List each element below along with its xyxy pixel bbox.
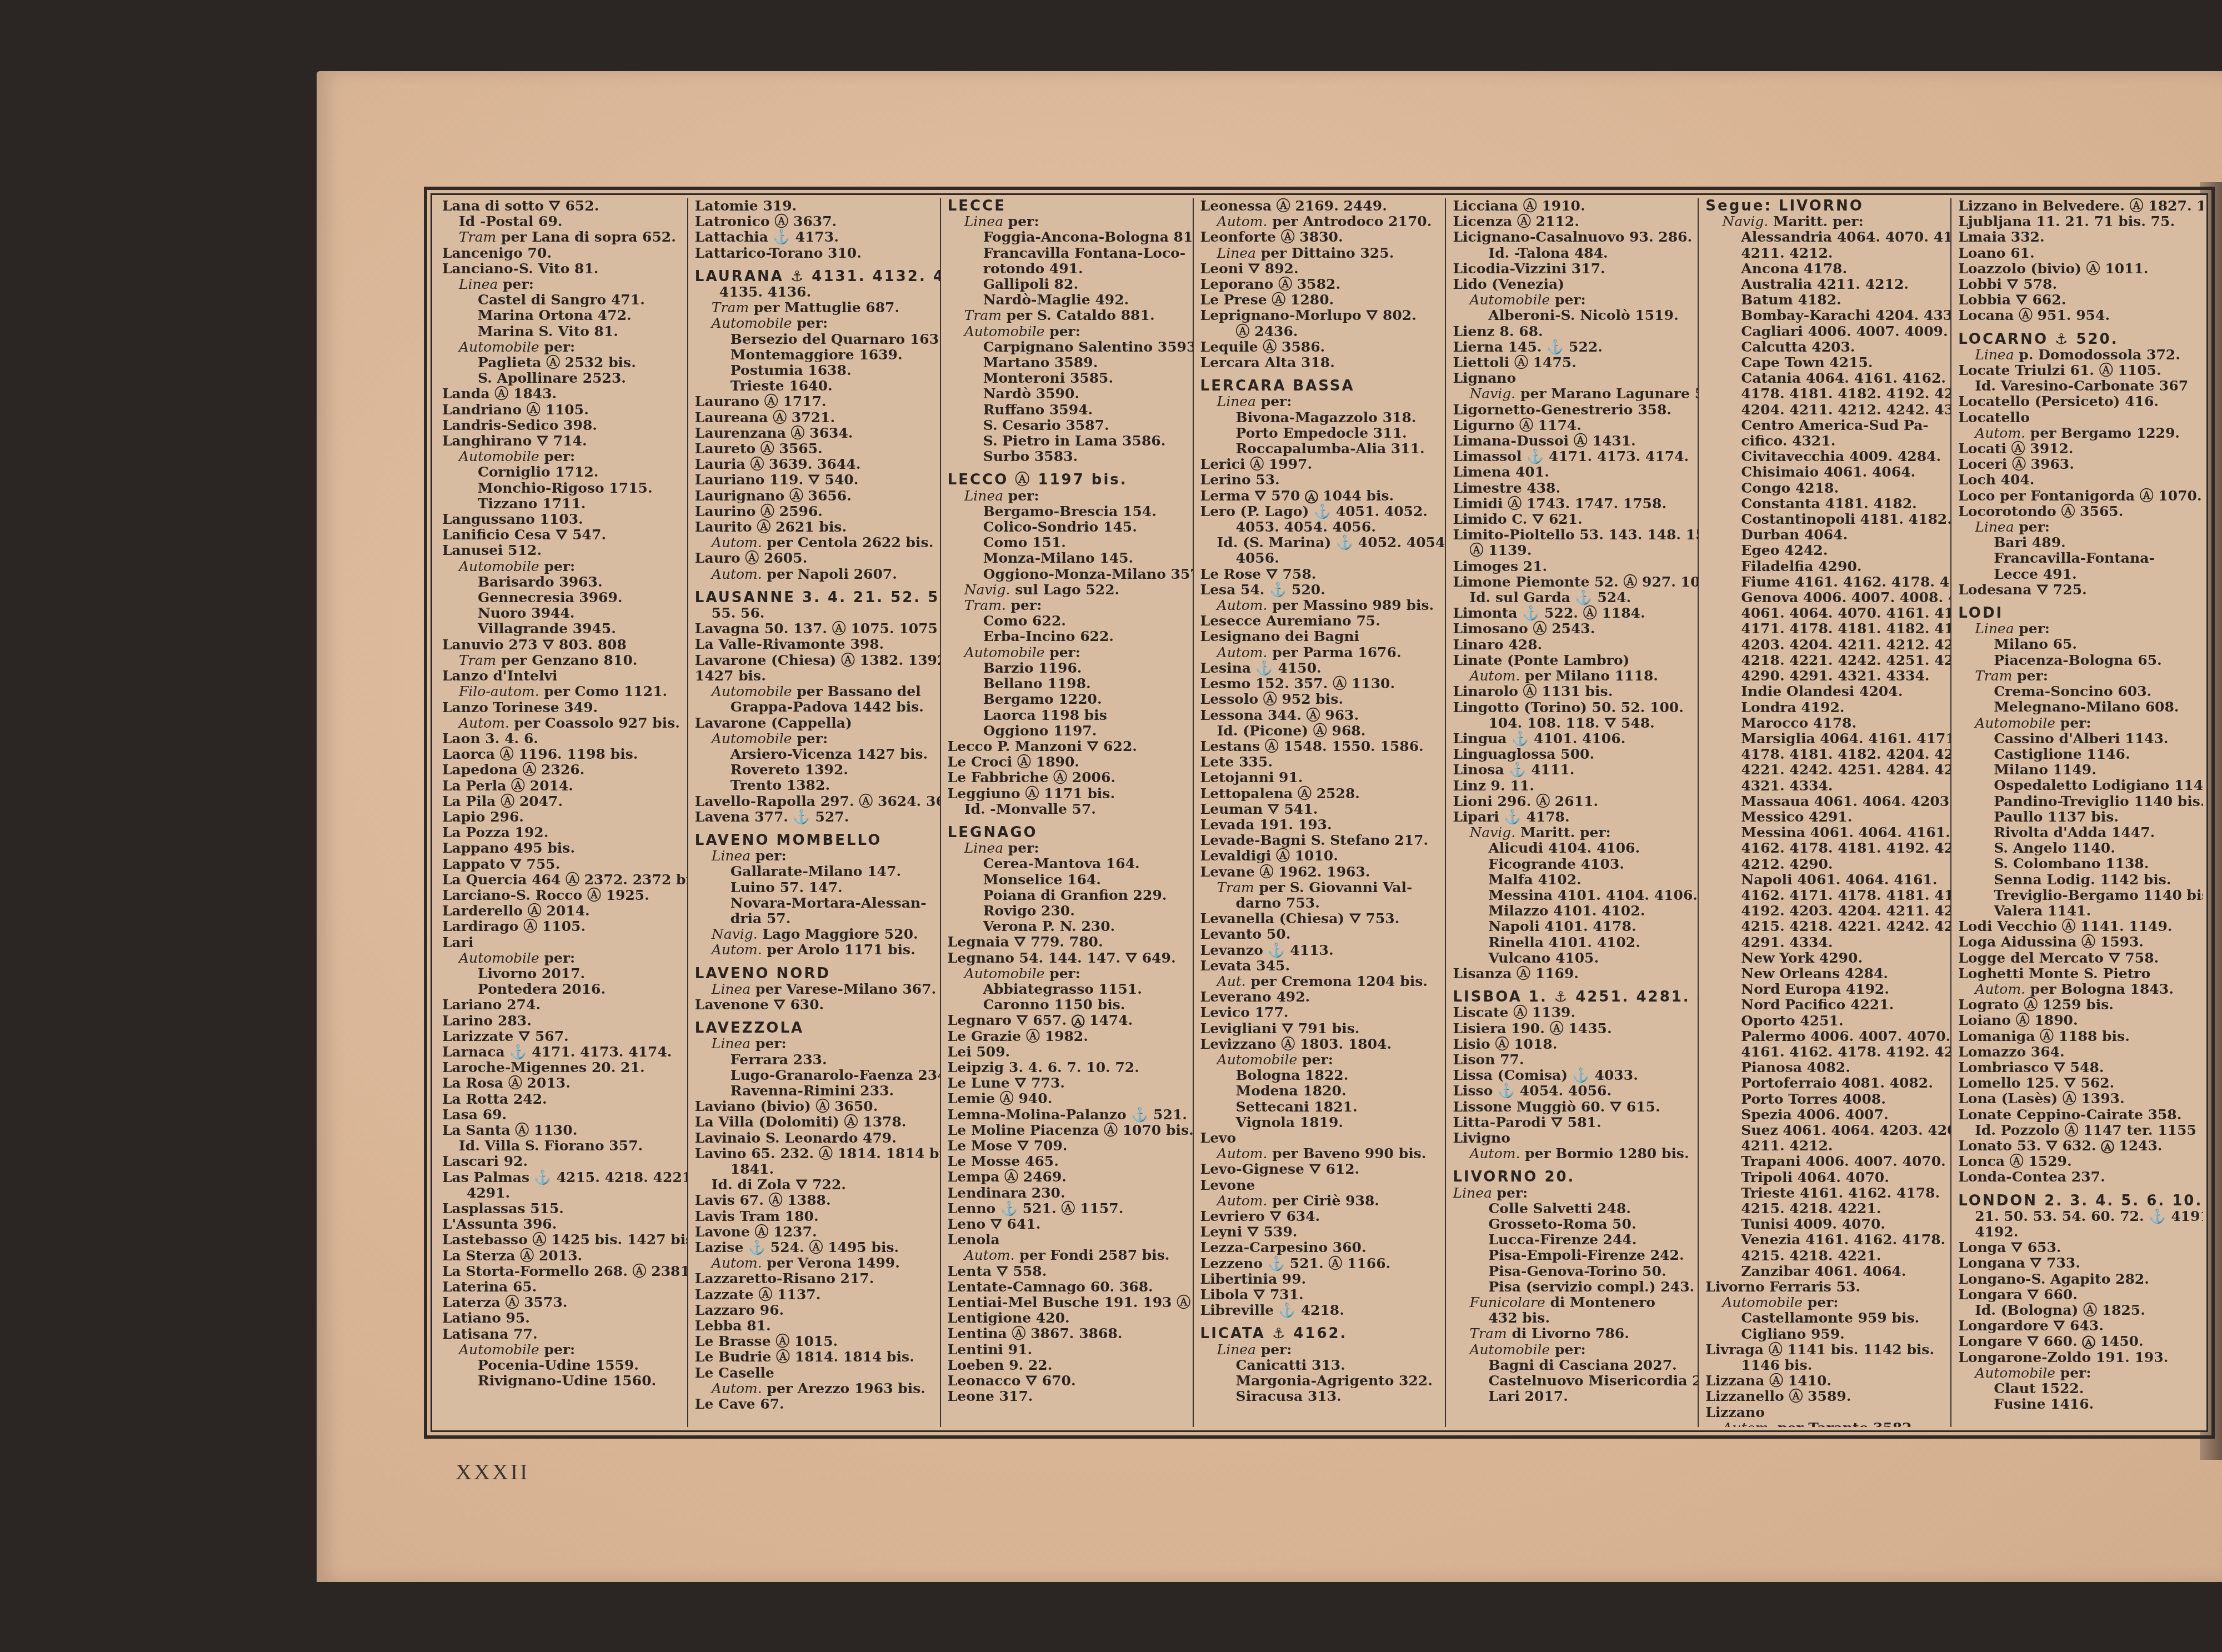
index-entry: Surbo 3583. [948, 449, 1188, 464]
index-entry: Pocenia-Udine 1559. [442, 1358, 683, 1373]
index-column-7: Lizzano in Belvedere. Ⓐ 1827. 1839Ljublj… [1951, 198, 2203, 1427]
index-entry: Autom. per Bergamo 1229. [1958, 425, 2199, 441]
index-entry: Le Croci Ⓐ 1890. [948, 754, 1188, 770]
index-entry: Ficogrande 4103. [1453, 857, 1693, 872]
index-entry: Lioni 296. Ⓐ 2611. [1453, 794, 1693, 809]
index-entry: Le Brasse Ⓐ 1015. [695, 1334, 935, 1349]
index-entry: Lisso ⚓ 4054. 4056. [1453, 1083, 1693, 1099]
index-entry: Lonate Ceppino-Cairate 358. [1958, 1107, 2199, 1123]
index-entry: Automobile per: [948, 324, 1188, 339]
index-entry: Foggia-Ancona-Bologna 81. [948, 229, 1188, 245]
index-entry: Liscate Ⓐ 1139. [1453, 1005, 1693, 1020]
index-entry: Lero (P. Lago) ⚓ 4051. 4052. [1200, 504, 1441, 519]
index-heading: LISBOA 1. ⚓ 4251. 4281. 4287. [1453, 989, 1693, 1005]
index-entry: Leprignano-Morlupo ⛛ 802. [1200, 308, 1441, 323]
index-entry: Autom. per Bormio 1280 bis. [1453, 1146, 1693, 1162]
index-entry: Levone [1200, 1178, 1441, 1193]
index-entry: Automobile per: [1453, 292, 1693, 308]
index-entry: Gallarate-Milano 147. [695, 864, 935, 879]
index-entry: Le Grazie Ⓐ 1982. [948, 1029, 1188, 1044]
index-entry: Lignano [1453, 371, 1693, 386]
index-entry: Barisardo 3963. [442, 574, 683, 590]
index-entry: 4211. 4212. [1705, 1138, 1946, 1154]
index-entry: Suez 4061. 4064. 4203. 4204. [1705, 1123, 1946, 1138]
index-entry: 55. 56. [695, 605, 935, 621]
index-entry: Monza-Milano 145. [948, 550, 1188, 566]
index-entry: Linea per: [948, 488, 1188, 504]
index-entry: Leonessa Ⓐ 2169. 2449. [1200, 198, 1441, 214]
index-entry: Ancona 4178. [1705, 261, 1946, 277]
index-entry: Longara ⛛ 660. [1958, 1287, 2199, 1303]
index-entry: Pianosa 4082. [1705, 1060, 1946, 1075]
index-entry: Napoli 4101. 4178. [1453, 919, 1693, 934]
index-entry: Bergamo-Brescia 154. [948, 504, 1188, 519]
index-entry: Poiana di Granfion 229. [948, 888, 1188, 903]
index-entry: Palermo 4006. 4007. 4070. [1705, 1029, 1946, 1044]
index-entry: 4161. 4162. 4178. 4192. 4290. [1705, 1044, 1946, 1060]
index-entry: Levanto 50. [1200, 927, 1441, 942]
index-entry: Lizzana Ⓐ 1410. [1705, 1373, 1946, 1389]
index-entry: 4053. 4054. 4056. [1200, 519, 1441, 535]
index-entry: Lizzanello Ⓐ 3589. [1705, 1389, 1946, 1404]
index-entry: Automobile per: [442, 339, 683, 355]
index-entry: Libertinia 99. [1200, 1271, 1441, 1287]
index-entry: Landriano Ⓐ 1105. [442, 402, 683, 418]
index-entry: Id. (Picone) Ⓐ 968. [1200, 723, 1441, 739]
index-entry: Abbiategrasso 1151. [948, 982, 1188, 997]
index-entry: Oggiono-Monza-Milano 357 [948, 567, 1188, 582]
index-entry: Automobile per: [442, 1342, 683, 1358]
index-entry: Laterina 65. [442, 1279, 683, 1295]
index-entry: Linea per: [948, 214, 1188, 229]
index-entry: Lavagna 50. 137. Ⓐ 1075. 1075 te. [695, 621, 935, 637]
index-entry: Lempa Ⓐ 2469. [948, 1169, 1188, 1185]
index-entry: La Storta-Formello 268. Ⓐ 2381. [442, 1264, 683, 1279]
index-entry: Lombriasco ⛛ 548. [1958, 1060, 2199, 1075]
index-entry: Bagni di Casciana 2027. [1453, 1358, 1693, 1373]
index-entry: Francavilla-Fontana- [1958, 550, 2199, 566]
index-entry: Latisana 77. [442, 1326, 683, 1342]
index-entry: Legnaro ⛛ 657. Ⓐ 1474. [948, 1013, 1188, 1028]
index-entry: Autom. per Bologna 1843. [1958, 982, 2199, 997]
index-entry: La Santa Ⓐ 1130. [442, 1123, 683, 1138]
index-entry: Arsiero-Vicenza 1427 bis. [695, 747, 935, 762]
index-entry: La Quercia 464 Ⓐ 2372. 2372 bis [442, 872, 683, 888]
index-entry: Autom. per Massino 989 bis. [1200, 598, 1441, 613]
page-number: XXXII [456, 1459, 529, 1485]
index-entry: Latiano 95. [442, 1310, 683, 1326]
index-entry: Laureana Ⓐ 3721. [695, 410, 935, 425]
index-entry: Novara-Mortara-Alessan- [695, 895, 935, 911]
index-entry: Lizzano [1705, 1405, 1946, 1420]
index-entry: Ligornetto-Genestrerio 358. [1453, 402, 1693, 418]
index-entry: Fiume 4161. 4162. 4178. 4215 [1705, 574, 1946, 590]
index-entry: Lentina Ⓐ 3867. 3868. [948, 1326, 1188, 1341]
index-entry: Automobile per: [442, 449, 683, 464]
index-entry: Lari [442, 935, 683, 950]
index-entry: Filadelfia 4290. [1705, 559, 1946, 574]
index-entry: Loeben 9. 22. [948, 1358, 1188, 1373]
index-entry: Milano 65. [1958, 637, 2199, 652]
index-entry: Lazzate Ⓐ 1137. [695, 1287, 935, 1303]
index-entry: Lappano 495 bis. [442, 840, 683, 856]
index-entry: Longa ⛛ 653. [1958, 1240, 2199, 1255]
index-entry: Automobile per: [442, 559, 683, 574]
index-column-4: Leonessa Ⓐ 2169. 2449.Autom. per Antrodo… [1194, 198, 1447, 1427]
index-entry: Porto Empedocle 311. [1200, 425, 1441, 441]
book-page: Lana di sotto ⛛ 652.Id -Postal 69.Tram p… [317, 71, 2222, 1582]
index-entry: Linea per: [1958, 519, 2199, 535]
index-entry: Limidi Ⓐ 1743. 1747. 1758. [1453, 496, 1693, 512]
index-entry: Batum 4182. [1705, 292, 1946, 308]
index-entry: Loco per Fontanigorda Ⓐ 1070. [1958, 488, 2199, 504]
index-entry: Fusine 1416. [1958, 1396, 2199, 1412]
index-entry: Licignano-Casalnuovo 93. 286. [1453, 229, 1693, 245]
index-entry: Trieste 1640. [695, 378, 935, 394]
index-heading: LECCE [948, 198, 1188, 214]
index-entry: Lobbi ⛛ 578. [1958, 277, 2199, 292]
index-entry: Tram per Genzano 810. [442, 653, 683, 668]
index-entry: Lardirago Ⓐ 1105. [442, 919, 683, 934]
index-entry: Lendinara 230. [948, 1185, 1188, 1201]
index-entry: Tram per S. Cataldo 881. [948, 308, 1188, 323]
index-entry: Le Moline Piacenza Ⓐ 1070 bis. [948, 1123, 1188, 1138]
index-entry: Lesina ⚓ 4150. [1200, 660, 1441, 676]
index-entry: New Orleans 4284. [1705, 966, 1946, 982]
index-entry: Id. sul Garda ⚓ 524. [1453, 590, 1693, 605]
index-entry: Linea per: [1200, 394, 1441, 409]
index-entry: Larizzate ⛛ 567. [442, 1029, 683, 1044]
index-entry: Langhirano ⛛ 714. [442, 433, 683, 449]
index-entry: Durban 4064. [1705, 527, 1946, 543]
index-entry: Le Rose ⛛ 758. [1200, 567, 1441, 582]
index-entry: Lequile Ⓐ 3586. [1200, 339, 1441, 355]
index-entry: Le Budrie Ⓐ 1814. 1814 bis. [695, 1349, 935, 1365]
index-entry: Levico 177. [1200, 1005, 1441, 1020]
index-entry: Lasa 69. [442, 1107, 683, 1123]
index-entry: Tram per S. Giovanni Val- [1200, 880, 1441, 895]
index-entry: Londra 4192. [1705, 700, 1946, 715]
index-entry: Marina Ortona 472. [442, 308, 683, 323]
index-entry: Levriero ⛛ 634. [1200, 1209, 1441, 1224]
index-entry: Locati Ⓐ 3912. [1958, 441, 2199, 457]
index-entry: Lanuvio 273 ⛛ 803. 808 [442, 637, 683, 653]
index-entry: Ⓐ 2436. [1200, 324, 1441, 339]
index-entry: Le Lune ⛛ 773. [948, 1075, 1188, 1091]
index-entry: 4212. 4290. [1705, 857, 1946, 872]
index-entry: Autom. per Arezzo 1963 bis. [695, 1381, 935, 1396]
index-entry: 4291. [442, 1185, 683, 1201]
index-entry: Rinella 4101. 4102. [1453, 935, 1693, 950]
index-entry: Monchio-Rigoso 1715. [442, 480, 683, 496]
index-heading: LECCO Ⓐ 1197 bis. [948, 472, 1188, 488]
index-entry: Lebba 81. [695, 1318, 935, 1334]
index-entry: Autom. per Milano 1118. [1453, 668, 1693, 684]
index-entry: Id. -Monvalle 57. [948, 802, 1188, 817]
index-entry: Lattarico-Torano 310. [695, 246, 935, 261]
index-entry: Limosano Ⓐ 2543. [1453, 621, 1693, 637]
index-entry: Villagrande 3945. [442, 621, 683, 637]
index-entry: Id. Villa S. Fiorano 357. [442, 1138, 683, 1154]
index-entry: Navig. Maritt. per: [1705, 214, 1946, 229]
index-entry: Lecce 491. [1958, 567, 2199, 582]
index-entry: 4204. 4211. 4212. 4242. 4334. [1705, 402, 1946, 418]
index-entry: Liettoli Ⓐ 1475. [1453, 355, 1693, 371]
index-entry: Lentiai-Mel Busche 191. 193 Ⓐ 1431. [948, 1295, 1188, 1310]
index-entry: Autom. per Verona 1499. [695, 1255, 935, 1271]
index-entry: Oporto 4251. [1705, 1013, 1946, 1029]
index-entry: Rivolta d'Adda 1447. [1958, 825, 2199, 840]
index-entry: Lercara Alta 318. [1200, 355, 1441, 371]
index-entry: Longano-S. Agapito 282. [1958, 1271, 2199, 1287]
index-entry: Lesmo 152. 357. Ⓐ 1130. [1200, 676, 1441, 692]
index-entry: Tunisi 4009. 4070. [1705, 1217, 1946, 1232]
index-entry: Lana di sotto ⛛ 652. [442, 198, 683, 214]
index-entry: Lonato 53. ⛛ 632. Ⓐ 1243. [1958, 1138, 2199, 1154]
index-entry: Costantinopoli 4181. 4182. [1705, 512, 1946, 527]
index-entry: Autom. per Fondi 2587 bis. [948, 1248, 1188, 1263]
index-entry: Messina 4061. 4064. 4161. [1705, 825, 1946, 840]
index-entry: Livraga Ⓐ 1141 bis. 1142 bis. [1705, 1342, 1946, 1358]
index-entry: Automobile per: [1200, 1052, 1441, 1068]
index-entry: Latronico Ⓐ 3637. [695, 214, 935, 229]
index-entry: Leonacco ⛛ 670. [948, 1373, 1188, 1389]
index-entry: Levanzo ⚓ 4113. [1200, 943, 1441, 958]
index-entry: Leoni ⛛ 892. [1200, 261, 1441, 277]
index-entry: Linea per: [1453, 1185, 1693, 1201]
index-entry: Autom. per Taranto 3582. [1705, 1420, 1946, 1427]
index-entry: Nord Europa 4192. [1705, 982, 1946, 997]
index-heading: LEGNAGO [948, 825, 1188, 840]
index-entry: Limone Piemonte 52. Ⓐ 927. 1019. [1453, 574, 1693, 590]
index-entry: Siracusa 313. [1200, 1389, 1441, 1404]
index-entry: Ferrara 233. [695, 1052, 935, 1068]
index-entry: Margonia-Agrigento 322. [1200, 1373, 1441, 1389]
index-entry: Rovigo 230. [948, 903, 1188, 919]
index-entry: Milazzo 4101. 4102. [1453, 903, 1693, 919]
index-entry: Larderello Ⓐ 2014. [442, 903, 683, 919]
index-entry: Automobile per: [1705, 1295, 1946, 1310]
index-entry: Id. di Zola ⛛ 722. [695, 1177, 935, 1193]
index-entry: Leverano 492. [1200, 989, 1441, 1005]
index-entry: Colico-Sondrio 145. [948, 519, 1188, 535]
index-entry: Automobile per: [695, 316, 935, 331]
index-entry: Lavinaio S. Leonardo 479. [695, 1130, 935, 1146]
index-entry: Caronno 1150 bis. [948, 997, 1188, 1013]
index-entry: 1841. [695, 1162, 935, 1177]
index-entry: Laorca 1198 bis [948, 708, 1188, 723]
index-entry: Navig. sul Lago 522. [948, 582, 1188, 598]
index-entry: Leggiuno Ⓐ 1171 bis. [948, 786, 1188, 802]
index-entry: Luino 57. 147. [695, 880, 935, 895]
index-entry: Longana ⛛ 733. [1958, 1255, 2199, 1271]
index-entry: Como 622. [948, 613, 1188, 629]
index-entry: Messico 4291. [1705, 809, 1946, 825]
index-entry: Tram per Mattuglie 687. [695, 300, 935, 316]
index-entry: Carpignano Salentino 3593. [948, 339, 1188, 355]
index-entry: Alessandria 4064. 4070. 4171 [1705, 229, 1946, 245]
index-entry: Lemna-Molina-Palanzo ⚓ 521. [948, 1107, 1188, 1123]
index-entry: Limassol ⚓ 4171. 4173. 4174. [1453, 449, 1693, 464]
index-entry: Locorotondo Ⓐ 3565. [1958, 504, 2199, 519]
index-entry: La Perla Ⓐ 2014. [442, 778, 683, 794]
index-entry: Lograto Ⓐ 1259 bis. [1958, 997, 2199, 1013]
index-entry: Linosa ⚓ 4111. [1453, 762, 1693, 778]
index-entry: Marina S. Vito 81. [442, 324, 683, 339]
index-entry: Longardore ⛛ 643. [1958, 1318, 2199, 1334]
index-entry: Levata 345. [1200, 958, 1441, 974]
index-entry: Marocco 4178. [1705, 715, 1946, 731]
index-entry: Lingotto (Torino) 50. 52. 100. [1453, 700, 1693, 715]
index-entry: Livorno Ferraris 53. [1705, 1279, 1946, 1295]
index-entry: 4291. 4334. [1705, 935, 1946, 950]
index-entry: Bari 489. [1958, 535, 2199, 550]
index-entry: Le Mose ⛛ 709. [948, 1138, 1188, 1154]
index-entry: Lei 509. [948, 1044, 1188, 1060]
index-entry: La Valle-Rivamonte 398. [695, 637, 935, 652]
index-entry: Rivignano-Udine 1560. [442, 1373, 683, 1389]
index-entry: rotondo 491. [948, 261, 1188, 277]
index-entry: dria 57. [695, 911, 935, 927]
index-entry: Larciano-S. Rocco Ⓐ 1925. [442, 888, 683, 903]
index-entry: 4162. 4171. 4178. 4181. 4182. [1705, 888, 1946, 903]
index-entry: Levizzano Ⓐ 1803. 1804. [1200, 1037, 1441, 1052]
index-entry: Lancenigo 70. [442, 246, 683, 261]
index-entry: Longarone-Zoldo 191. 193. [1958, 1350, 2199, 1365]
index-entry: Le Cave 67. [695, 1396, 935, 1412]
index-entry: Landris-Sedico 398. [442, 418, 683, 433]
index-entry: Laorca Ⓐ 1196. 1198 bis. [442, 747, 683, 762]
index-entry: Porto Torres 4008. [1705, 1092, 1946, 1107]
index-entry: Tram per: [1958, 668, 2199, 684]
index-entry: Lisanza Ⓐ 1169. [1453, 966, 1693, 982]
index-entry: Settecani 1821. [1200, 1099, 1441, 1115]
index-entry: Laon 3. 4. 6. [442, 731, 683, 747]
index-entry: Cape Town 4215. [1705, 355, 1946, 371]
index-entry: 4061. 4064. 4070. 4161. 4162. [1705, 605, 1946, 621]
index-entry: Lezzeno ⚓ 521. Ⓐ 1166. [1200, 1256, 1441, 1271]
index-entry: Lierna 145. ⚓ 522. [1453, 339, 1693, 355]
index-column-2: Latomie 319.Latronico Ⓐ 3637.Lattachia ⚓… [688, 198, 941, 1427]
index-entry: 4215. 4218. 4221. [1705, 1201, 1946, 1217]
index-entry: Lodesana ⛛ 725. [1958, 582, 2199, 598]
index-entry: 1146 bis. [1705, 1358, 1946, 1373]
index-entry: S. Colombano 1138. [1958, 856, 2199, 872]
index-entry: Cagliari 4006. 4007. 4009. [1705, 324, 1946, 339]
index-table: Lana di sotto ⛛ 652.Id -Postal 69.Tram p… [431, 193, 2208, 1432]
index-entry: Postumia 1638. [695, 363, 935, 378]
index-entry: 4290. 4291. 4321. 4334. [1705, 668, 1946, 684]
index-entry: Loch 404. [1958, 472, 2199, 488]
index-entry: Lestans Ⓐ 1548. 1550. 1586. [1200, 739, 1441, 754]
index-entry: Lavis 67. Ⓐ 1388. [695, 1193, 935, 1208]
index-entry: Le Mosse 465. [948, 1154, 1188, 1169]
index-entry: Venezia 4161. 4162. 4178. [1705, 1232, 1946, 1248]
index-entry: Locatello [1958, 410, 2199, 425]
index-entry: Locate Triulzi 61. Ⓐ 1105. [1958, 363, 2199, 378]
index-entry: 4215. 4218. 4221. 4242. 4290. [1705, 919, 1946, 934]
index-entry: Cassino d'Alberi 1143. [1958, 731, 2199, 747]
index-entry: Limito-Pioltello 53. 143. 148. 158 [1453, 527, 1693, 543]
index-entry: Lecco P. Manzoni ⛛ 622. [948, 739, 1188, 754]
index-entry: Loghetti Monte S. Pietro [1958, 966, 2199, 982]
index-heading: LONDON 2. 3. 4. 5. 6. 10. 20. [1958, 1193, 2199, 1209]
index-entry: S. Apollinare 2523. [442, 371, 683, 386]
index-entry: Automobile per: [1958, 715, 2199, 731]
index-entry: 4215. 4218. 4221. [1705, 1248, 1946, 1264]
index-entry: 1427 bis. [695, 668, 935, 684]
index-entry: Lison 77. [1453, 1052, 1693, 1068]
index-entry: 4192. [1958, 1224, 2199, 1240]
index-entry: Leone 317. [948, 1389, 1188, 1404]
index-entry: Le Fabbriche Ⓐ 2006. [948, 770, 1188, 785]
index-entry: Livorno 2017. [442, 966, 683, 982]
index-entry: Livigno [1453, 1130, 1693, 1146]
index-entry: Libola ⛛ 731. [1200, 1287, 1441, 1303]
index-entry: Messina 4101. 4104. 4106. 4178 [1453, 888, 1693, 903]
index-entry: Trieste 4161. 4162. 4178. [1705, 1185, 1946, 1201]
index-entry: Lapio 296. [442, 809, 683, 825]
index-heading: Segue: LIVORNO [1705, 198, 1946, 214]
index-entry: Lido (Venezia) [1453, 277, 1693, 292]
index-entry: Lipari ⚓ 4178. [1453, 809, 1693, 825]
index-entry: Tram di Livorno 786. [1453, 1326, 1693, 1341]
index-entry: 4178. 4181. 4182. 4204. 4218. [1705, 747, 1946, 762]
index-entry: Lascari 92. [442, 1154, 683, 1169]
index-entry: 4218. 4221. 4242. 4251. 4284. [1705, 653, 1946, 668]
index-entry: Limestre 438. [1453, 480, 1693, 496]
index-entry: Valera 1141. [1958, 903, 2199, 919]
index-entry: Lavino 65. 232. Ⓐ 1814. 1814 bis. [695, 1146, 935, 1162]
index-entry: Nord Pacifico 4221. [1705, 997, 1946, 1013]
index-entry: Autom. per Parma 1676. [1200, 645, 1441, 660]
index-entry: Laviano (bivio) Ⓐ 3650. [695, 1099, 935, 1114]
index-entry: Grappa-Padova 1442 bis. [695, 699, 935, 715]
index-entry: Limoges 21. [1453, 559, 1693, 574]
index-heading: LAVENO MOMBELLO [695, 833, 935, 848]
index-entry: Levo-Gignese ⛛ 612. [1200, 1162, 1441, 1177]
index-entry: Leipzig 3. 4. 6. 7. 10. 72. [948, 1060, 1188, 1075]
index-entry: Tram. per: [948, 598, 1188, 613]
index-entry: Lienz 8. 68. [1453, 324, 1693, 339]
index-column-3: LECCELinea per:Foggia-Ancona-Bologna 81.… [941, 198, 1194, 1427]
index-entry: Licenza Ⓐ 2112. [1453, 214, 1693, 229]
index-entry: Lissone Muggiò 60. ⛛ 615. [1453, 1099, 1693, 1115]
index-entry: 432 bis. [1453, 1310, 1693, 1326]
index-entry: Licciana Ⓐ 1910. [1453, 198, 1693, 214]
index-entry: Francavilla Fontana-Loco- [948, 246, 1188, 261]
index-entry: Civitavecchia 4009. 4284. [1705, 449, 1946, 464]
index-entry: Linea per Varese-Milano 367. [695, 982, 935, 997]
index-entry: Lissa (Comisa) ⚓ 4033. [1453, 1068, 1693, 1083]
index-entry: Pandino-Treviglio 1140 bis. [1958, 794, 2199, 809]
index-entry: Lezza-Carpesino 360. [1200, 1240, 1441, 1255]
index-entry: Logge del Mercato ⛛ 758. [1958, 950, 2199, 966]
index-entry: Leonforte Ⓐ 3830. [1200, 229, 1441, 245]
index-entry: Levade-Bagni S. Stefano 217. [1200, 833, 1441, 848]
index-entry: Larnaca ⚓ 4171. 4173. 4174. [442, 1044, 683, 1060]
index-entry: Lapedona Ⓐ 2326. [442, 762, 683, 778]
index-entry: L'Assunta 396. [442, 1217, 683, 1232]
index-entry: Barzio 1196. [948, 660, 1188, 676]
index-entry: cifico. 4321. [1705, 433, 1946, 449]
index-entry: Lauro Ⓐ 2605. [695, 550, 935, 566]
index-entry: Crema-Soncino 603. [1958, 684, 2199, 699]
index-entry: Lomazzo 364. [1958, 1044, 2199, 1060]
index-entry: Id. (S. Marina) ⚓ 4052. 4054. [1200, 535, 1441, 550]
index-entry: Langussano 1103. [442, 512, 683, 527]
index-entry: Canicatti 313. [1200, 1358, 1441, 1373]
